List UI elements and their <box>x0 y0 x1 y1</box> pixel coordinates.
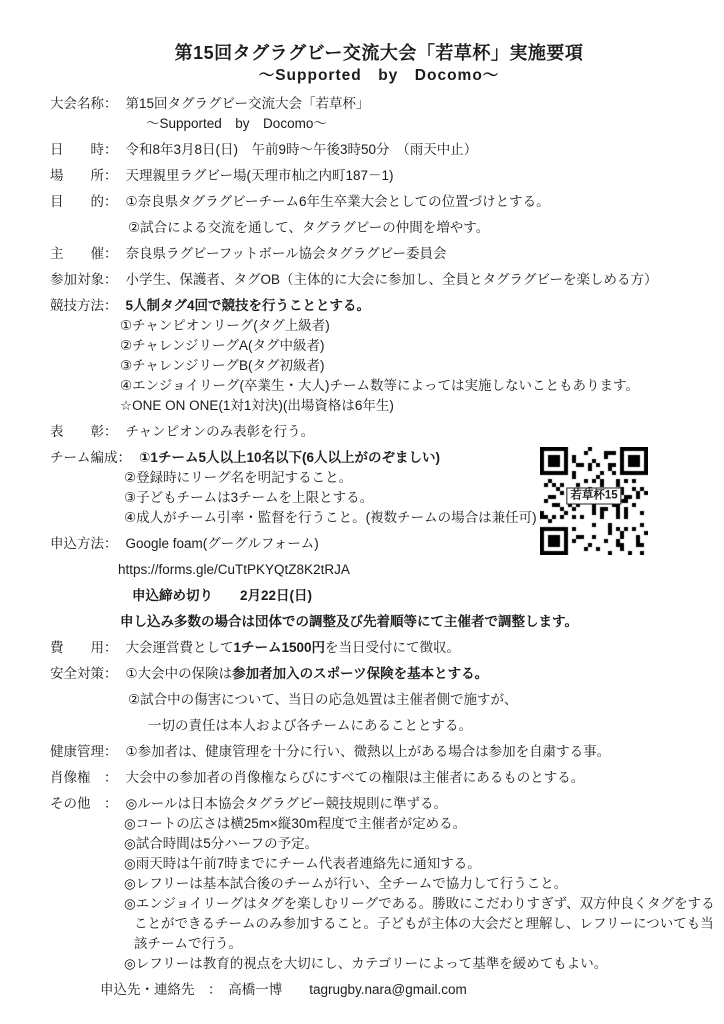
text-segment: 大会運営費として <box>126 640 234 655</box>
field-label: 場 所： <box>50 168 118 183</box>
document-line: 大会名称：第15回タグラグビー交流大会「若草杯」 <box>50 94 708 113</box>
text-segment: ④エンジョイリーグ(卒業生・大人)チーム数等によっては実施しないこともあります。 <box>120 378 639 393</box>
document-line: 目 的：①奈良県タグラグビーチーム6年生卒業大会としての位置づけとする。 <box>50 192 708 211</box>
text-segment: ☆ONE ON ONE(1対1対決)(出場資格は6年生) <box>120 398 394 413</box>
document-line: 競技方法：5人制タグ4回で競技を行うこととする。 <box>50 296 708 315</box>
document-line: 健康管理：①参加者は、健康管理を十分に行い、微熱以上がある場合は参加を自粛する事… <box>50 742 708 761</box>
qr-label: 若草杯15 <box>566 487 621 504</box>
document-line: ②試合による交流を通して、タグラグビーの仲間を増やす。 <box>50 218 708 237</box>
text-segment: 該チームで行う。 <box>134 936 242 951</box>
document-line: 申込先・連絡先 ： 高橋一博 tagrugby.nara@gmail.com <box>50 980 708 999</box>
document-line: ②チャレンジリーグA(タグ中級者) <box>50 336 708 355</box>
field-label: 申込方法： <box>50 536 118 551</box>
document-line: ①チャンピオンリーグ(タグ上級者) <box>50 316 708 335</box>
field-label: 日 時： <box>50 142 118 157</box>
text-segment: チャンピオンのみ表彰を行う。 <box>126 424 315 439</box>
document-line: ◎エンジョイリーグはタグを楽しむリーグである。勝敗にこだわりすぎず、双方仲良くタ… <box>50 894 708 913</box>
text-segment: 参加者加入のスポーツ保険を基本とする。 <box>232 666 488 681</box>
document-line: ④エンジョイリーグ(卒業生・大人)チーム数等によっては実施しないこともあります。 <box>50 376 708 395</box>
field-label: 参加対象： <box>50 272 118 287</box>
text-segment: ◎雨天時は午前7時までにチーム代表者連絡先に通知する。 <box>124 856 481 871</box>
qr-code: 若草杯15 <box>540 447 648 555</box>
text-segment: 令和8年3月8日(日) 午前9時～午後3時50分 （雨天中止） <box>126 142 478 157</box>
document-line: その他 ：◎ルールは日本協会タグラグビー競技規則に準ずる。 <box>50 794 708 813</box>
document-line: 一切の責任は本人および各チームにあることとする。 <box>50 716 708 735</box>
document-line: https://forms.gle/CuTtPKYQtZ8K2tRJA <box>50 560 708 579</box>
field-label: 肖像権 ： <box>50 770 118 785</box>
text-segment: ①大会中の保険は <box>126 666 233 681</box>
field-label: 健康管理： <box>50 744 118 759</box>
text-segment: 天理親里ラグビー場(天理市杣之内町187－1) <box>126 168 394 183</box>
text-segment: ◎レフリーは教育的視点を大切にし、カテゴリーによって基準を緩めてもよい。 <box>124 956 607 971</box>
text-segment: を当日受付にて徴収。 <box>325 640 460 655</box>
field-label: その他 ： <box>50 796 118 811</box>
page-title: 第15回タグラグビー交流大会「若草杯」実施要項 <box>50 42 708 64</box>
text-segment: 申込締め切り 2月22日(日) <box>132 588 312 603</box>
text-segment: 申し込み多数の場合は団体での調整及び先着順等にて主催者で調整します。 <box>120 614 578 629</box>
document-line: 主 催：奈良県ラグビーフットボール協会タグラグビー委員会 <box>50 244 708 263</box>
document-line: ◎レフリーは基本試合後のチームが行い、全チームで協力して行うこと。 <box>50 874 708 893</box>
document-line: ◎雨天時は午前7時までにチーム代表者連絡先に通知する。 <box>50 854 708 873</box>
field-label: チーム編成： <box>50 450 131 465</box>
document-line: 場 所：天理親里ラグビー場(天理市杣之内町187－1) <box>50 166 708 185</box>
text-segment: 大会中の参加者の肖像権ならびにすべての権限は主催者にあるものとする。 <box>126 770 585 785</box>
document-line: 該チームで行う。 <box>50 934 708 953</box>
field-label: 主 催： <box>50 246 118 261</box>
document-line: 日 時：令和8年3月8日(日) 午前9時～午後3時50分 （雨天中止） <box>50 140 708 159</box>
text-segment: ②チャレンジリーグA(タグ中級者) <box>120 338 325 353</box>
text-segment: ①参加者は、健康管理を十分に行い、微熱以上がある場合は参加を自粛する事。 <box>126 744 611 759</box>
text-segment: ①奈良県タグラグビーチーム6年生卒業大会としての位置づけとする。 <box>126 194 550 209</box>
text-segment: ◎試合時間は5分ハーフの予定。 <box>124 836 318 851</box>
text-segment: ◎ルールは日本協会タグラグビー競技規則に準ずる。 <box>126 796 447 811</box>
text-segment: ③チャレンジリーグB(タグ初級者) <box>120 358 325 373</box>
document-line: ②試合中の傷害について、当日の応急処置は主催者側で施すが、 <box>50 690 708 709</box>
document-line: 申込締め切り 2月22日(日) <box>50 586 708 605</box>
text-segment: 小学生、保護者、タグOB（主体的に大会に参加し、全員とタグラグビーを楽しめる方） <box>126 272 658 287</box>
document-line: 申し込み多数の場合は団体での調整及び先着順等にて主催者で調整します。 <box>50 612 708 631</box>
text-segment: 1チーム1500円 <box>234 640 326 655</box>
field-label: 表 彰： <box>50 424 118 439</box>
document-page: 第15回タグラグビー交流大会「若草杯」実施要項 ～Supported by Do… <box>0 0 724 1024</box>
text-segment: ②試合による交流を通して、タグラグビーの仲間を増やす。 <box>128 220 489 235</box>
text-segment: 申込先・連絡先 ： 高橋一博 tagrugby.nara@gmail.com <box>100 982 467 997</box>
document-line: 参加対象：小学生、保護者、タグOB（主体的に大会に参加し、全員とタグラグビーを楽… <box>50 270 708 289</box>
text-segment: ①1チーム5人以上10名以下(6人以上がのぞましい) <box>139 450 440 465</box>
document-line: 表 彰：チャンピオンのみ表彰を行う。 <box>50 422 708 441</box>
text-segment: ①チャンピオンリーグ(タグ上級者) <box>120 318 330 333</box>
text-segment: ～Supported by Docomo～ <box>146 116 327 131</box>
text-segment: ②登録時にリーグ名を明記すること。 <box>124 470 352 485</box>
document-line: ◎試合時間は5分ハーフの予定。 <box>50 834 708 853</box>
text-segment: 第15回タグラグビー交流大会「若草杯」 <box>126 96 370 111</box>
text-segment: ◎レフリーは基本試合後のチームが行い、全チームで協力して行うこと。 <box>124 876 567 891</box>
field-label: 目 的： <box>50 194 118 209</box>
document-line: ◎コートの広さは横25m×縦30m程度で主催者が定める。 <box>50 814 708 833</box>
text-segment: ことができるチームのみ参加すること。子どもが主体の大会だと理解し、レフリーについ… <box>134 916 714 931</box>
text-segment: https://forms.gle/CuTtPKYQtZ8K2tRJA <box>118 562 350 577</box>
text-segment: 奈良県ラグビーフットボール協会タグラグビー委員会 <box>126 246 447 261</box>
field-label: 安全対策： <box>50 666 118 681</box>
document-line: ③チャレンジリーグB(タグ初級者) <box>50 356 708 375</box>
text-segment: ②試合中の傷害について、当日の応急処置は主催者側で施すが、 <box>128 692 518 707</box>
document-line: 費 用：大会運営費として1チーム1500円を当日受付にて徴収。 <box>50 638 708 657</box>
field-label: 大会名称： <box>50 96 118 111</box>
document-line: 肖像権 ：大会中の参加者の肖像権ならびにすべての権限は主催者にあるものとする。 <box>50 768 708 787</box>
field-label: 競技方法： <box>50 298 118 313</box>
text-segment: ④成人がチーム引率・監督を行うこと。(複数チームの場合は兼任可) <box>124 510 537 525</box>
document-line: ◎レフリーは教育的視点を大切にし、カテゴリーによって基準を緩めてもよい。 <box>50 954 708 973</box>
page-subtitle: ～Supported by Docomo～ <box>50 66 708 86</box>
document-line: ☆ONE ON ONE(1対1対決)(出場資格は6年生) <box>50 396 708 415</box>
field-label: 費 用： <box>50 640 118 655</box>
text-segment: ③子どもチームは3チームを上限とする。 <box>124 490 373 505</box>
document-line: ～Supported by Docomo～ <box>50 114 708 133</box>
text-segment: Google foam(グーグルフォーム) <box>126 536 319 551</box>
text-segment: 一切の責任は本人および各チームにあることとする。 <box>148 718 472 733</box>
document-line: ことができるチームのみ参加すること。子どもが主体の大会だと理解し、レフリーについ… <box>50 914 708 933</box>
text-segment: 5人制タグ4回で競技を行うこととする。 <box>126 298 371 313</box>
text-segment: ◎コートの広さは横25m×縦30m程度で主催者が定める。 <box>124 816 466 831</box>
text-segment: ◎エンジョイリーグはタグを楽しむリーグである。勝敗にこだわりすぎず、双方仲良くタ… <box>124 896 715 911</box>
document-line: 安全対策：①大会中の保険は参加者加入のスポーツ保険を基本とする。 <box>50 664 708 683</box>
